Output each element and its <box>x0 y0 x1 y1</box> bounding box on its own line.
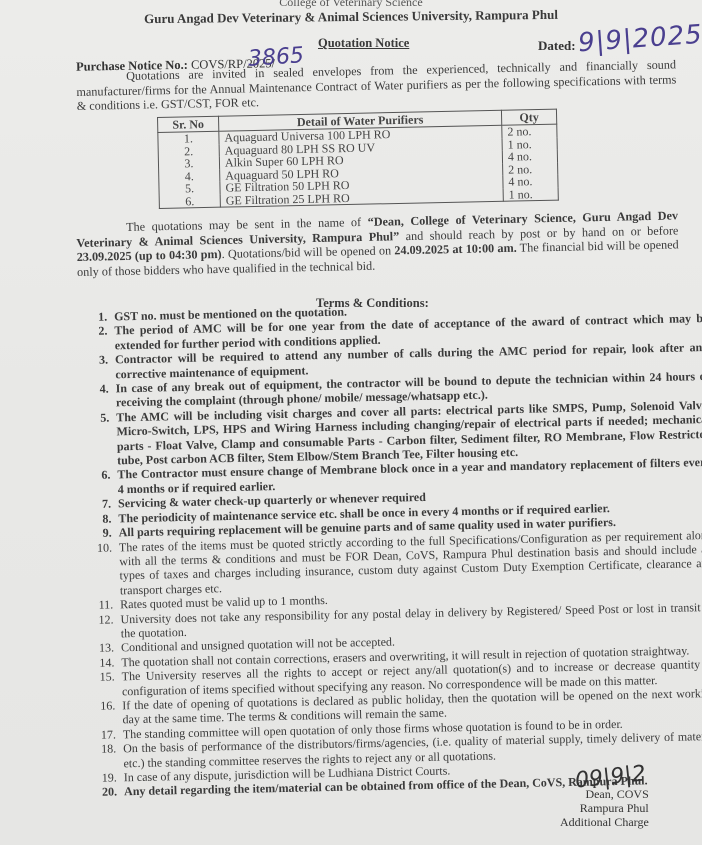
header-sr-no: Sr. No <box>158 116 219 132</box>
submission-paragraph: The quotations may be sent in the name o… <box>76 208 679 279</box>
signatory-block: Dean, COVS Rampura Phul Additional Charg… <box>560 787 649 829</box>
opening-date: 24.09.2025 at 10:00 am. <box>394 241 517 258</box>
signatory-charge: Additional Charge <box>560 815 649 829</box>
signatory-location: Rampura Phul <box>560 801 649 815</box>
handwritten-date: 9|9|2025 <box>577 20 702 59</box>
header-qty: Qty <box>501 109 556 125</box>
dated-label: Dated: <box>538 38 576 54</box>
qty-cell: 2 no. <box>502 124 557 138</box>
sr-no-cell: 6. <box>159 194 220 208</box>
terms-list: GST no. must be mentioned on the quotati… <box>86 297 702 800</box>
qty-cell: 1 no. <box>503 187 558 201</box>
signatory-title: Dean, COVS <box>560 787 649 801</box>
notice-title: Quotation Notice <box>318 36 409 51</box>
document-page: College of Veterinary Science Guru Angad… <box>0 0 702 845</box>
water-purifier-table: Sr. No Detail of Water Purifiers Qty 1.A… <box>157 109 559 209</box>
